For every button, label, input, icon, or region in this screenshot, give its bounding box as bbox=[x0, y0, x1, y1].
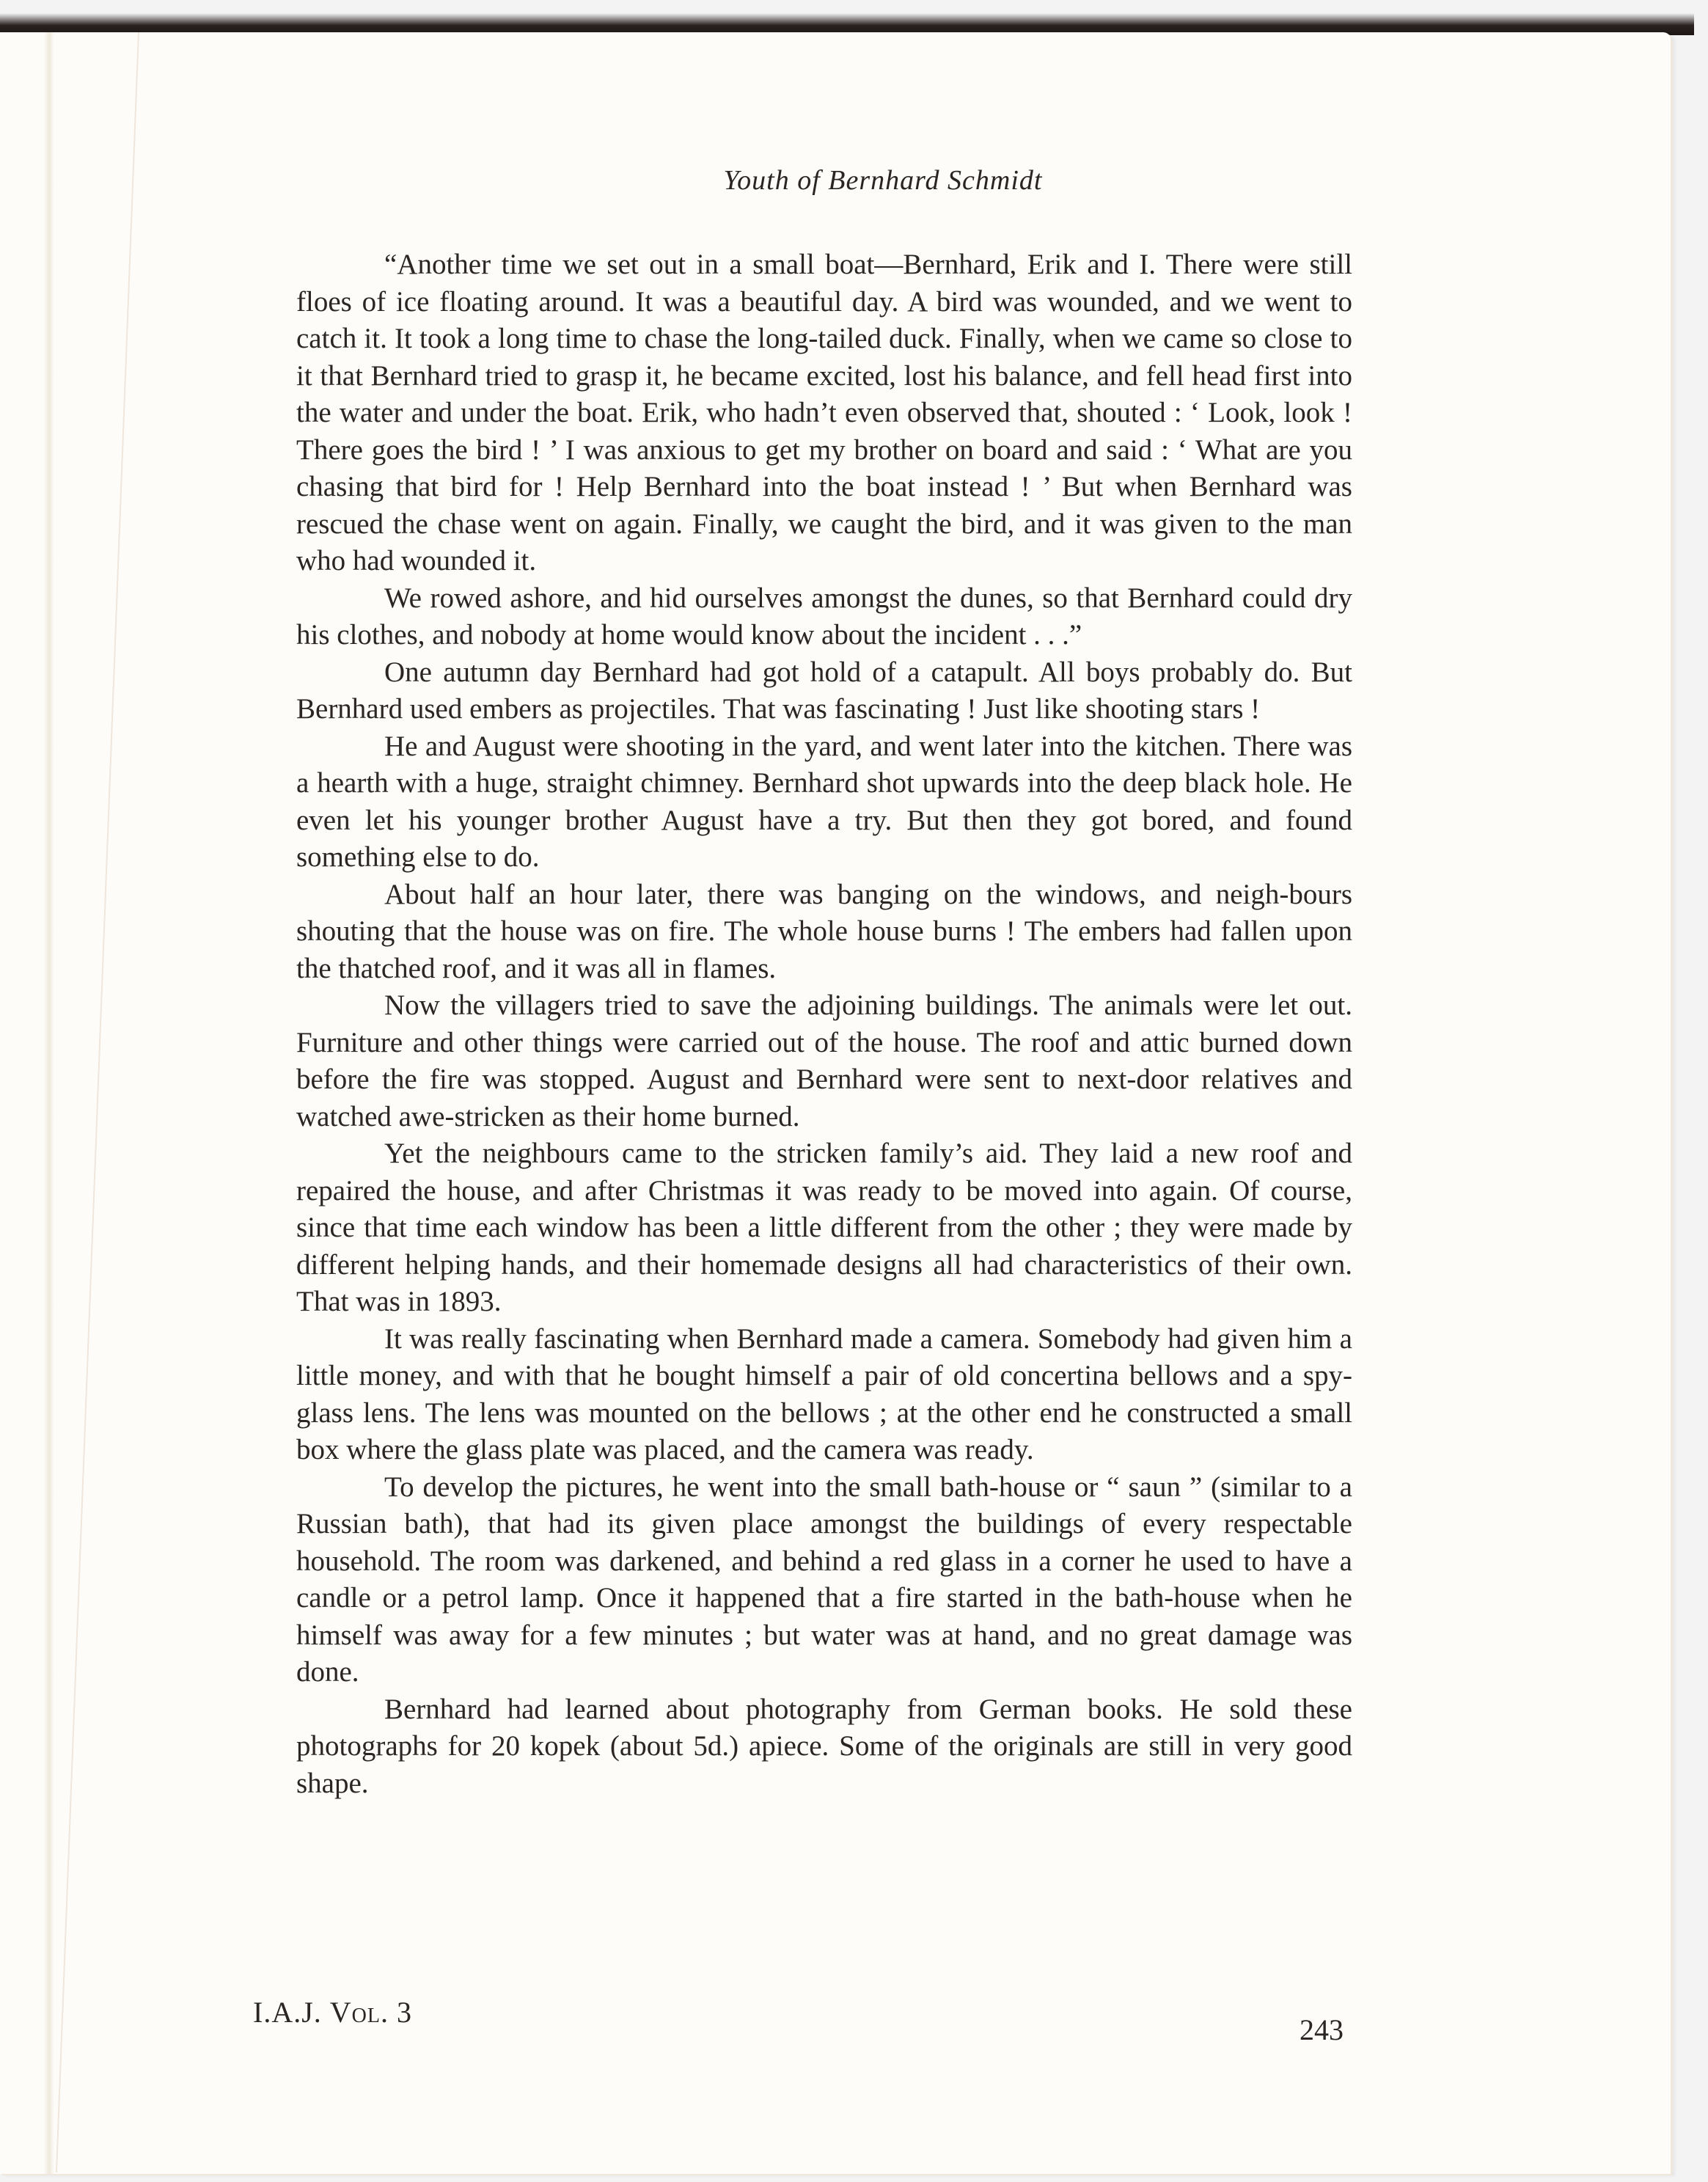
paragraph: Bernhard had learned about photography f… bbox=[296, 1691, 1352, 1803]
paragraph: We rowed ashore, and hid ourselves among… bbox=[296, 580, 1352, 654]
paragraph: Yet the neighbours came to the stricken … bbox=[296, 1135, 1352, 1321]
journal-volume-footer: I.A.J. Vol. 3 bbox=[253, 1995, 412, 2029]
paragraph: About half an hour later, there was bang… bbox=[296, 876, 1352, 988]
paragraph: “Another time we set out in a small boat… bbox=[296, 246, 1352, 580]
book-page: Youth of Bernhard Schmidt “Another time … bbox=[0, 32, 1671, 2174]
body-text: “Another time we set out in a small boat… bbox=[296, 246, 1352, 1802]
page-crease bbox=[56, 32, 139, 2172]
running-head: Youth of Bernhard Schmidt bbox=[0, 164, 1671, 197]
paragraph: He and August were shooting in the yard,… bbox=[296, 728, 1352, 876]
page-number: 243 bbox=[1300, 2013, 1344, 2047]
running-head-title: Youth of Bernhard Schmidt bbox=[724, 164, 1043, 197]
journal-volume: Vol. 3 bbox=[330, 1996, 412, 2029]
journal-abbrev: I.A.J. bbox=[253, 1996, 330, 2029]
paragraph: To develop the pictures, he went into th… bbox=[296, 1469, 1352, 1691]
paragraph: One autumn day Bernhard had got hold of … bbox=[296, 654, 1352, 728]
page-gutter bbox=[44, 32, 54, 2174]
paragraph: It was really fascinating when Bernhard … bbox=[296, 1321, 1352, 1469]
paragraph: Now the villagers tried to save the adjo… bbox=[296, 987, 1352, 1135]
